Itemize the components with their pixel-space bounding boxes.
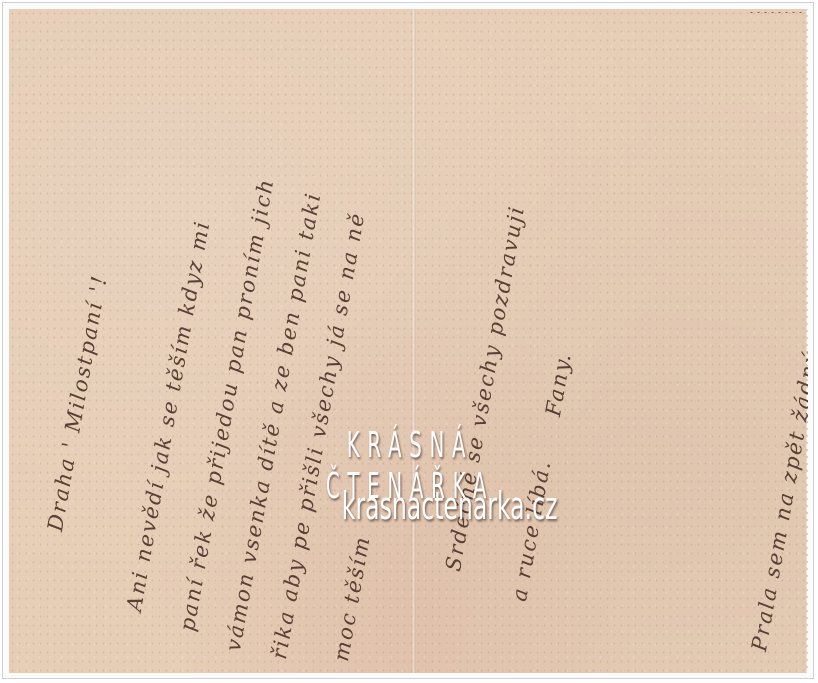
signature: Fany. <box>541 350 576 418</box>
center-fold <box>411 9 416 673</box>
handwritten-line: Srdečné se všechy pozdravuji <box>441 203 529 573</box>
handwritten-line: Prala sem na zpět žádný ane není! <box>747 224 808 654</box>
perforated-edge-top <box>748 11 808 14</box>
handwritten-line: moc těším <box>329 534 375 663</box>
letter-paper: Draha ' Milostpaní '! Ani nevědí jak se … <box>9 9 808 673</box>
handwritten-line: Draha ' Milostpaní '! <box>43 273 112 534</box>
handwritten-line: a ruce líbá. <box>507 457 556 603</box>
